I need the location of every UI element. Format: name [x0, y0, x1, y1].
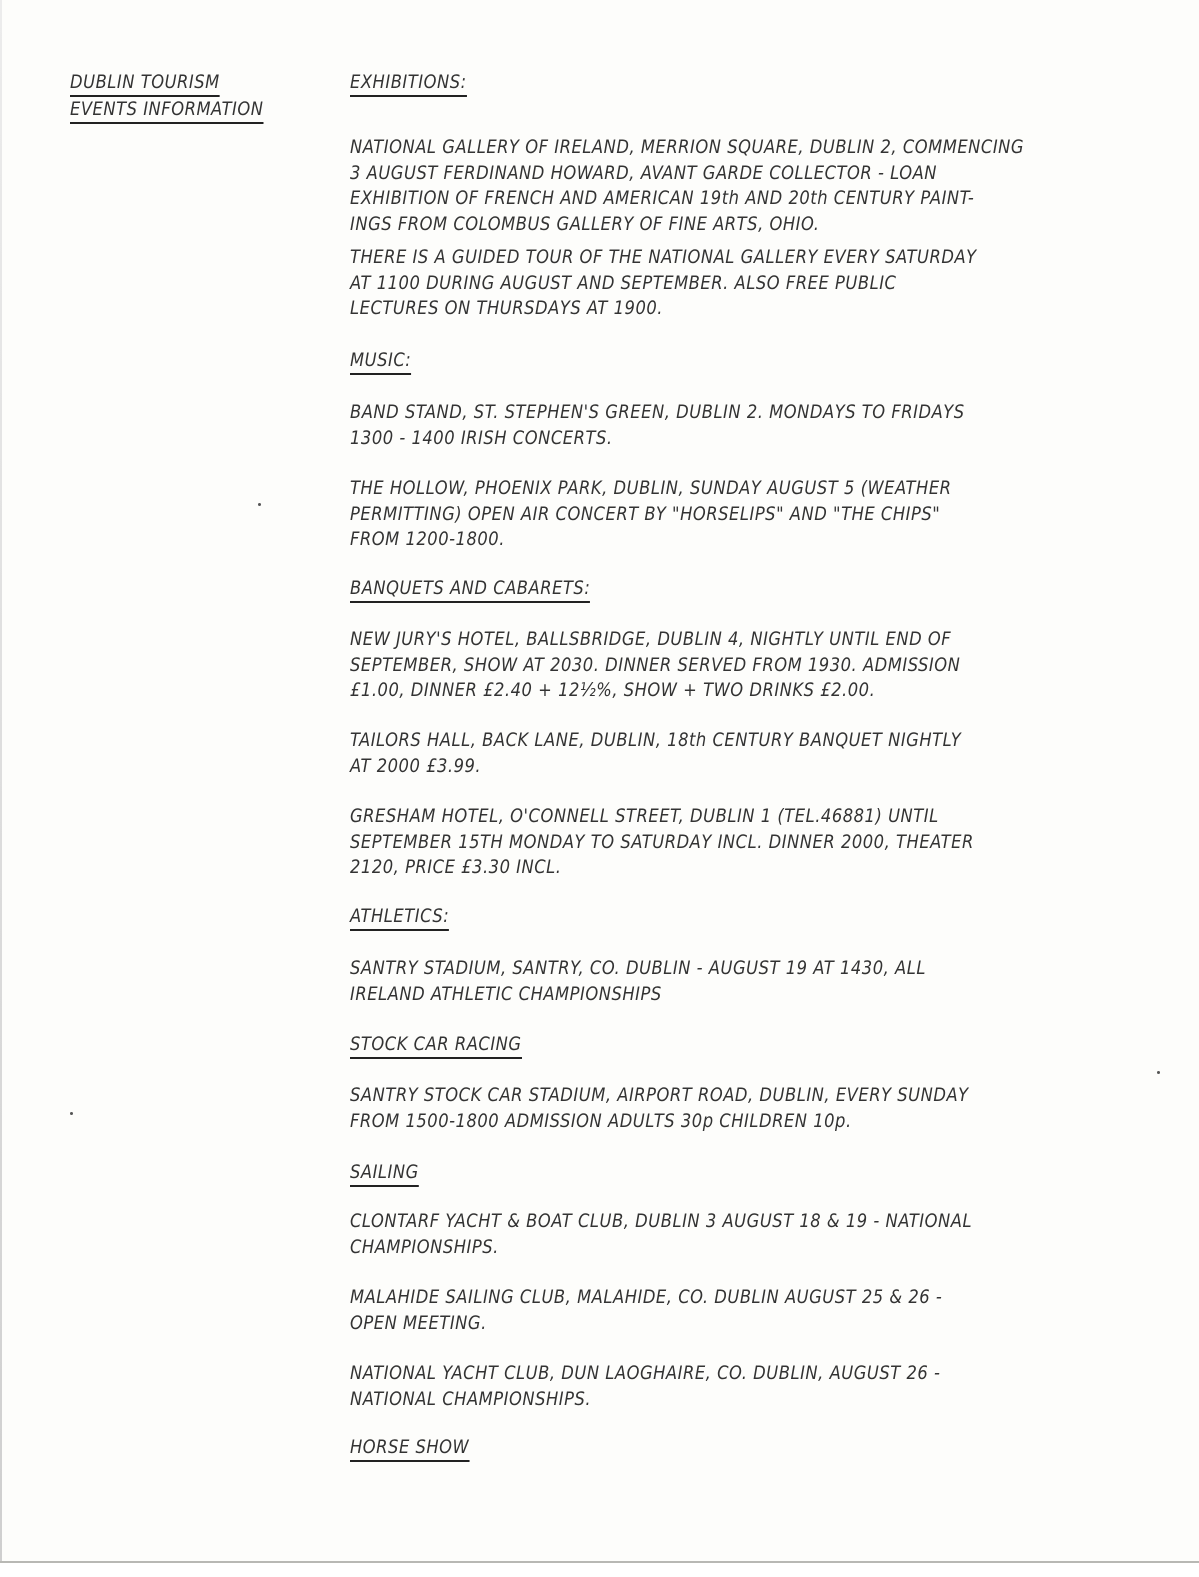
entry-line: THERE IS A GUIDED TOUR OF THE NATIONAL G… — [350, 245, 977, 271]
section-heading: BANQUETS AND CABARETS: — [350, 576, 590, 603]
entry-line: NATIONAL GALLERY OF IRELAND, MERRION SQU… — [350, 135, 1024, 161]
section-heading: EXHIBITIONS: — [350, 70, 467, 97]
event-entry: GRESHAM HOTEL, O'CONNELL STREET, DUBLIN … — [350, 804, 974, 881]
page-bottom-edge — [0, 1561, 1199, 1577]
section-2: BANQUETS AND CABARETS: — [350, 576, 590, 603]
section-heading: HORSE SHOW — [350, 1435, 469, 1462]
entry-line: NATIONAL YACHT CLUB, DUN LAOGHAIRE, CO. … — [350, 1361, 940, 1387]
event-entry: THE HOLLOW, PHOENIX PARK, DUBLIN, SUNDAY… — [350, 476, 952, 553]
event-entry: SANTRY STADIUM, SANTRY, CO. DUBLIN - AUG… — [350, 956, 926, 1007]
section-heading: ATHLETICS: — [350, 904, 449, 931]
event-entry: THERE IS A GUIDED TOUR OF THE NATIONAL G… — [350, 245, 977, 322]
entry-line: 3 AUGUST FERDINAND HOWARD, AVANT GARDE C… — [350, 161, 1024, 187]
entry-line: TAILORS HALL, BACK LANE, DUBLIN, 18th CE… — [350, 728, 961, 754]
document-sidebar-title: DUBLIN TOURISM EVENTS INFORMATION — [70, 70, 264, 124]
entry-line: SANTRY STADIUM, SANTRY, CO. DUBLIN - AUG… — [350, 956, 926, 982]
section-5: SAILING — [350, 1160, 419, 1187]
entry-line: INGS FROM COLOMBUS GALLERY OF FINE ARTS,… — [350, 212, 1024, 238]
event-entry: NEW JURY'S HOTEL, BALLSBRIDGE, DUBLIN 4,… — [350, 627, 960, 704]
entry-line: AT 2000 £3.99. — [350, 754, 961, 780]
entry-line: CLONTARF YACHT & BOAT CLUB, DUBLIN 3 AUG… — [350, 1209, 972, 1235]
scan-speck — [258, 503, 261, 506]
entry-line: EXHIBITION OF FRENCH AND AMERICAN 19th A… — [350, 186, 1024, 212]
entry-line: NEW JURY'S HOTEL, BALLSBRIDGE, DUBLIN 4,… — [350, 627, 960, 653]
section-heading: STOCK CAR RACING — [350, 1032, 522, 1059]
entry-line: AT 1100 DURING AUGUST AND SEPTEMBER. ALS… — [350, 271, 977, 297]
event-entry: SANTRY STOCK CAR STADIUM, AIRPORT ROAD, … — [350, 1083, 969, 1134]
entry-line: LECTURES ON THURSDAYS AT 1900. — [350, 296, 977, 322]
entry-line: SEPTEMBER 15TH MONDAY TO SATURDAY INCL. … — [350, 830, 974, 856]
entry-line: IRELAND ATHLETIC CHAMPIONSHIPS — [350, 982, 926, 1008]
section-3: ATHLETICS: — [350, 904, 449, 931]
entry-line: MALAHIDE SAILING CLUB, MALAHIDE, CO. DUB… — [350, 1285, 942, 1311]
entry-line: SEPTEMBER, SHOW AT 2030. DINNER SERVED F… — [350, 653, 960, 679]
entry-line: THE HOLLOW, PHOENIX PARK, DUBLIN, SUNDAY… — [350, 476, 952, 502]
event-entry: BAND STAND, ST. STEPHEN'S GREEN, DUBLIN … — [350, 400, 965, 451]
event-entry: CLONTARF YACHT & BOAT CLUB, DUBLIN 3 AUG… — [350, 1209, 972, 1260]
section-6: HORSE SHOW — [350, 1435, 469, 1462]
entry-line: GRESHAM HOTEL, O'CONNELL STREET, DUBLIN … — [350, 804, 974, 830]
section-4: STOCK CAR RACING — [350, 1032, 522, 1059]
event-entry: TAILORS HALL, BACK LANE, DUBLIN, 18th CE… — [350, 728, 961, 779]
entry-line: 2120, PRICE £3.30 INCL. — [350, 855, 974, 881]
entry-line: PERMITTING) OPEN AIR CONCERT BY "HORSELI… — [350, 502, 952, 528]
event-entry: NATIONAL GALLERY OF IRELAND, MERRION SQU… — [350, 135, 1024, 237]
section-heading: SAILING — [350, 1160, 419, 1187]
title-line-1: DUBLIN TOURISM — [70, 70, 220, 97]
section-0: EXHIBITIONS: — [350, 70, 467, 97]
scan-speck — [1157, 1071, 1160, 1074]
title-line-2: EVENTS INFORMATION — [70, 97, 264, 124]
entry-line: FROM 1500-1800 ADMISSION ADULTS 30p CHIL… — [350, 1109, 969, 1135]
event-entry: NATIONAL YACHT CLUB, DUN LAOGHAIRE, CO. … — [350, 1361, 940, 1412]
section-heading: MUSIC: — [350, 348, 411, 375]
entry-line: NATIONAL CHAMPIONSHIPS. — [350, 1387, 940, 1413]
entry-line: FROM 1200-1800. — [350, 527, 952, 553]
entry-line: 1300 - 1400 IRISH CONCERTS. — [350, 426, 965, 452]
scan-speck — [70, 1112, 73, 1115]
entry-line: OPEN MEETING. — [350, 1311, 942, 1337]
section-1: MUSIC: — [350, 348, 411, 375]
page-left-edge — [0, 0, 2, 1561]
entry-line: SANTRY STOCK CAR STADIUM, AIRPORT ROAD, … — [350, 1083, 969, 1109]
entry-line: BAND STAND, ST. STEPHEN'S GREEN, DUBLIN … — [350, 400, 965, 426]
entry-line: CHAMPIONSHIPS. — [350, 1235, 972, 1261]
event-entry: MALAHIDE SAILING CLUB, MALAHIDE, CO. DUB… — [350, 1285, 942, 1336]
entry-line: £1.00, DINNER £2.40 + 12½%, SHOW + TWO D… — [350, 678, 960, 704]
